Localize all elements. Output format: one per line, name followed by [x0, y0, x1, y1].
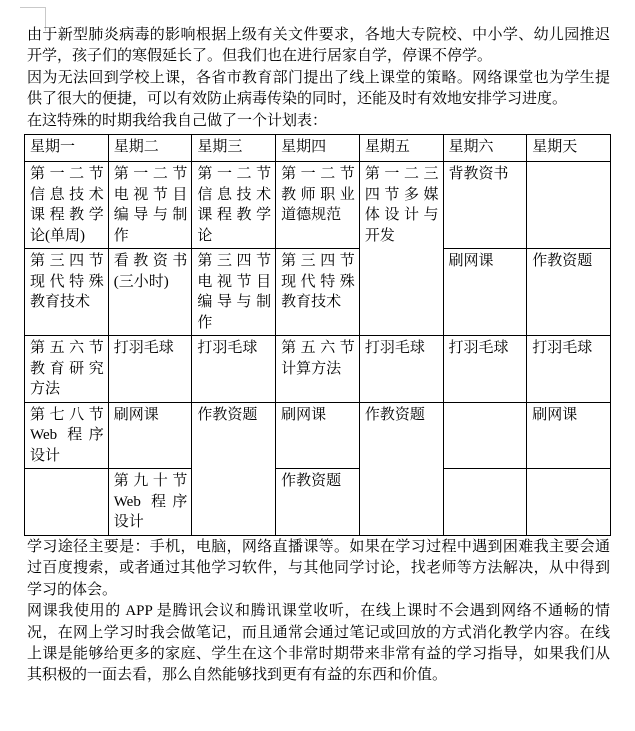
- document-content: 由于新型肺炎病毒的影响根据上级有关文件要求，各地大专院校、中小学、幼儿园推迟开学…: [27, 25, 610, 687]
- cell-r4-thursday: 刷网课: [276, 402, 360, 469]
- cell-r2-saturday: 刷网课: [443, 249, 527, 336]
- document-page: 由于新型肺炎病毒的影响根据上级有关文件要求，各地大专院校、中小学、幼儿园推迟开学…: [0, 0, 635, 731]
- cell-r4-sunday: 刷网课: [527, 402, 611, 469]
- paragraph-intro-3: 在这特殊的时期我给我自己做了一个计划表：: [27, 111, 610, 132]
- paragraph-intro-2: 因为无法回到学校上课，各省市教育部门提出了线上课堂的策略。网络课堂也为学生提供了…: [27, 68, 610, 111]
- cell-r2-sunday: 作教资题: [527, 249, 611, 336]
- cell-r4-friday: 作教资题: [359, 402, 443, 536]
- cell-r3-monday: 第五六节教育研究方法: [25, 336, 109, 403]
- cell-r1-friday: 第一二三四节多媒体设计与开发: [359, 162, 443, 336]
- cell-r4-wednesday: 作教资题: [192, 402, 276, 536]
- cell-r5-saturday: [443, 469, 527, 536]
- cell-r1-sunday: [527, 162, 611, 249]
- cell-r3-sunday: 打羽毛球: [527, 336, 611, 403]
- header-sunday: 星期天: [527, 135, 611, 162]
- cell-r1-thursday: 第一二节教师职业道德规范: [276, 162, 360, 249]
- cell-r5-thursday: 作教资题: [276, 469, 360, 536]
- cell-r1-saturday: 背教资书: [443, 162, 527, 249]
- header-saturday: 星期六: [443, 135, 527, 162]
- cell-r3-tuesday: 打羽毛球: [108, 336, 192, 403]
- weekly-schedule-table: 星期一 星期二 星期三 星期四 星期五 星期六 星期天 第一二节信息技术课程教学…: [24, 134, 611, 536]
- cell-r2-monday: 第三四节现代特殊教育技术: [25, 249, 109, 336]
- cell-r2-thursday: 第三四节现代特殊教育技术: [276, 249, 360, 336]
- cell-r2-wednesday: 第三四节电视节目编导与制作: [192, 249, 276, 336]
- cell-r1-monday: 第一二节信息技术课程教学论(单周): [25, 162, 109, 249]
- paragraph-intro-1: 由于新型肺炎病毒的影响根据上级有关文件要求，各地大专院校、中小学、幼儿园推迟开学…: [27, 25, 610, 68]
- paragraph-learning-methods: 学习途径主要是：手机，电脑，网络直播课等。如果在学习过程中遇到困难我主要会通过百…: [27, 537, 610, 601]
- header-wednesday: 星期三: [192, 135, 276, 162]
- cell-r4-tuesday: 刷网课: [108, 402, 192, 469]
- cell-r5-sunday: [527, 469, 611, 536]
- paragraph-online-apps: 网课我使用的 APP 是腾讯会议和腾讯课堂收听，在线上课时不会遇到网络不通畅的情…: [27, 601, 610, 687]
- header-friday: 星期五: [359, 135, 443, 162]
- cell-r3-friday: 打羽毛球: [359, 336, 443, 403]
- cell-r1-tuesday: 第一二节电视节目编导与制作: [108, 162, 192, 249]
- table-row: 第三四节现代特殊教育技术 看教资书(三小时) 第三四节电视节目编导与制作 第三四…: [25, 249, 611, 336]
- cell-r2-tuesday: 看教资书(三小时): [108, 249, 192, 336]
- cell-r1-wednesday: 第一二节信息技术课程教学论: [192, 162, 276, 249]
- table-row: 第一二节信息技术课程教学论(单周) 第一二节电视节目编导与制作 第一二节信息技术…: [25, 162, 611, 249]
- header-thursday: 星期四: [276, 135, 360, 162]
- cell-r3-saturday: 打羽毛球: [443, 336, 527, 403]
- cell-r3-thursday: 第五六节计算方法: [276, 336, 360, 403]
- table-row: 第五六节教育研究方法 打羽毛球 打羽毛球 第五六节计算方法 打羽毛球 打羽毛球 …: [25, 336, 611, 403]
- cell-r4-monday: 第七八节Web 程序设计: [25, 402, 109, 469]
- cell-r3-wednesday: 打羽毛球: [192, 336, 276, 403]
- table-header-row: 星期一 星期二 星期三 星期四 星期五 星期六 星期天: [25, 135, 611, 162]
- cell-r5-tuesday: 第九十节Web 程序设计: [108, 469, 192, 536]
- cell-r4-saturday: [443, 402, 527, 469]
- table-row: 第九十节Web 程序设计 作教资题: [25, 469, 611, 536]
- cell-r5-monday: [25, 469, 109, 536]
- header-tuesday: 星期二: [108, 135, 192, 162]
- table-row: 第七八节Web 程序设计 刷网课 作教资题 刷网课 作教资题 刷网课: [25, 402, 611, 469]
- header-monday: 星期一: [25, 135, 109, 162]
